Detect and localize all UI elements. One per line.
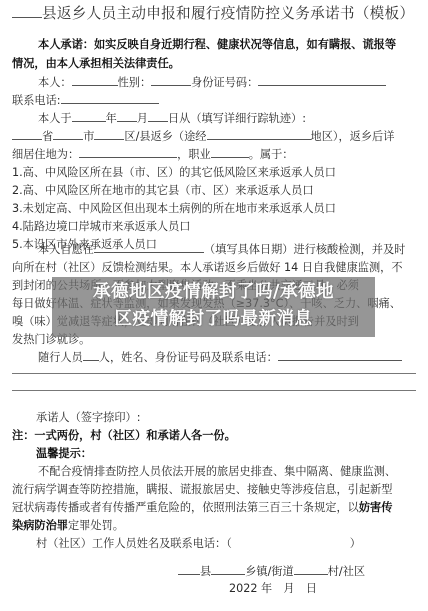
area-label: 地区），返乡后详 bbox=[311, 130, 395, 143]
day-label: 日从（填写详细行踪轨迹）: bbox=[168, 112, 306, 125]
via-blank bbox=[207, 129, 311, 140]
footer-county-blank bbox=[178, 564, 200, 575]
pledge-statement-line-1: 本人承诺：如实反映自身近期行程、健康状况等信息，如有瞒报、谎报等 bbox=[12, 36, 416, 54]
name-blank bbox=[72, 75, 118, 86]
test-row: 本人自愿在（填写具体日期）进行核酸检测，并及时 bbox=[12, 241, 416, 259]
route-row: 省市区/县返乡（途经地区），返乡后详 bbox=[12, 128, 416, 146]
tip-line-4: 染病防治罪定罪处罚。 bbox=[12, 517, 416, 535]
signature-label: 承诺人（签字捺印）: bbox=[12, 409, 416, 427]
county-label: 区/县返乡（途经 bbox=[124, 130, 206, 143]
county-blank bbox=[12, 4, 42, 18]
test-date-hint: （填写具体日期）进行核酸检测，并及时 bbox=[204, 243, 405, 256]
companions-label: 随行人员 bbox=[38, 351, 83, 364]
crime-name-part-1: 妨害传 bbox=[359, 501, 393, 514]
document-title: 县返乡人员主动申报和履行疫情防控义务承诺书（模板） bbox=[12, 4, 414, 23]
test-intro: 本人自愿在 bbox=[38, 243, 94, 256]
tip-line-2: 流行病学调查等防控措施，瞒报、谎报旅居史、接触史等涉疫信息，引起新型 bbox=[12, 481, 416, 499]
province-blank bbox=[12, 129, 42, 140]
residence-label: 细居住地为： bbox=[12, 148, 79, 161]
overlay-headline: 承德地区疫情解封了吗/承德地 区疫情解封了吗最新消息 bbox=[52, 279, 375, 333]
footer-town-blank bbox=[211, 564, 245, 575]
crime-name-part-2: 染病防治罪 bbox=[12, 519, 68, 532]
footer-location-row: 县乡镇/街道村/社区 bbox=[178, 563, 416, 581]
year-blank bbox=[72, 111, 106, 122]
village-contact-close: ） bbox=[350, 537, 361, 550]
belongs-label: 。属于： bbox=[249, 148, 294, 161]
village-contact-row: 村（社区）工作人员姓名及联系电话：（） bbox=[12, 535, 416, 553]
note: 注：一式两份，村（社区）和承诺人各一份。 bbox=[12, 427, 416, 445]
companions-detail-blank bbox=[278, 350, 402, 361]
companions-row: 随行人员人，姓名、身份证号码及联系电话： bbox=[12, 349, 416, 367]
tip-heading: 温馨提示： bbox=[12, 445, 416, 463]
companions-detail-label: 人，姓名、身份证号码及联系电话： bbox=[99, 351, 278, 364]
category-option-1[interactable]: 1.高、中风险区所在县（市、区）的其它低风险区来承返承人员口 bbox=[12, 164, 416, 182]
village-contact-label: 村（社区）工作人员姓名及联系电话：（ bbox=[36, 537, 232, 550]
phone-label: 联系电话: bbox=[12, 94, 61, 107]
commitment-line-1: 向所在村（社区）反馈检测结果。本人承诺返乡后做好 14 日自我健康监测，不 bbox=[12, 259, 416, 277]
occupation-label: ，职业 bbox=[177, 148, 211, 161]
residence-blank bbox=[79, 147, 177, 158]
phone-row: 联系电话: bbox=[12, 92, 416, 110]
companions-line-2 bbox=[12, 390, 416, 391]
overlay-headline-line-2: 区疫情解封了吗最新消息 bbox=[52, 306, 375, 333]
phone-blank bbox=[61, 93, 159, 104]
id-label: 身份证号码： bbox=[191, 76, 258, 89]
residence-row: 细居住地为：，职业。属于： bbox=[12, 146, 416, 164]
year-label: 年 bbox=[106, 112, 117, 125]
tip-line-1: 不配合疫情排查防控人员依法开展的旅居史排查、集中隔离、健康监测、 bbox=[12, 463, 416, 481]
month-blank bbox=[117, 111, 137, 122]
pledge-statement-line-2: 情况，由本人承担相关法律责任。 bbox=[12, 55, 416, 73]
province-label: 省 bbox=[42, 130, 53, 143]
footer-village-blank bbox=[294, 564, 328, 575]
test-date-blank bbox=[94, 242, 204, 253]
tip-line-3-text: 冠状病毒传播或者有传播严重危险的，依照刑法第三百三十条规定，以 bbox=[12, 501, 359, 514]
category-option-3[interactable]: 3.未划定高、中风险区但出现本土病例的所在地市来承返承人员口 bbox=[12, 200, 416, 218]
footer-town-label: 乡镇/街道 bbox=[245, 565, 294, 578]
city-label: 市 bbox=[83, 130, 94, 143]
county-blank-2 bbox=[94, 129, 124, 140]
footer-date: 2022 年 月 日 bbox=[229, 580, 416, 598]
tip-line-4-text: 定罪处罚。 bbox=[68, 519, 124, 532]
city-blank bbox=[53, 129, 83, 140]
id-blank bbox=[258, 75, 386, 86]
footer-village-label: 村/社区 bbox=[328, 565, 365, 578]
occupation-blank bbox=[211, 147, 249, 158]
date-row: 本人于年月日从（填写详细行踪轨迹）: bbox=[12, 110, 416, 128]
date-intro: 本人于 bbox=[38, 112, 72, 125]
footer-county-label: 县 bbox=[200, 565, 211, 578]
gender-blank bbox=[151, 75, 191, 86]
category-option-4[interactable]: 4.陆路边境口岸城市来承返承人员口 bbox=[12, 218, 416, 236]
personal-info-row: 本人：性别：身份证号码： bbox=[12, 74, 416, 92]
name-label: 本人： bbox=[38, 76, 72, 89]
tip-line-3: 冠状病毒传播或者有传播严重危险的，依照刑法第三百三十条规定，以妨害传 bbox=[12, 499, 416, 517]
category-option-2[interactable]: 2.高、中风险区所在地市的其它县（市、区）来承返承人员口 bbox=[12, 182, 416, 200]
day-blank bbox=[148, 111, 168, 122]
gender-label: 性别： bbox=[118, 76, 152, 89]
month-label: 月 bbox=[137, 112, 148, 125]
overlay-headline-line-1: 承德地区疫情解封了吗/承德地 bbox=[52, 279, 375, 306]
companions-line-1 bbox=[12, 373, 416, 374]
companions-count-blank bbox=[83, 350, 99, 361]
